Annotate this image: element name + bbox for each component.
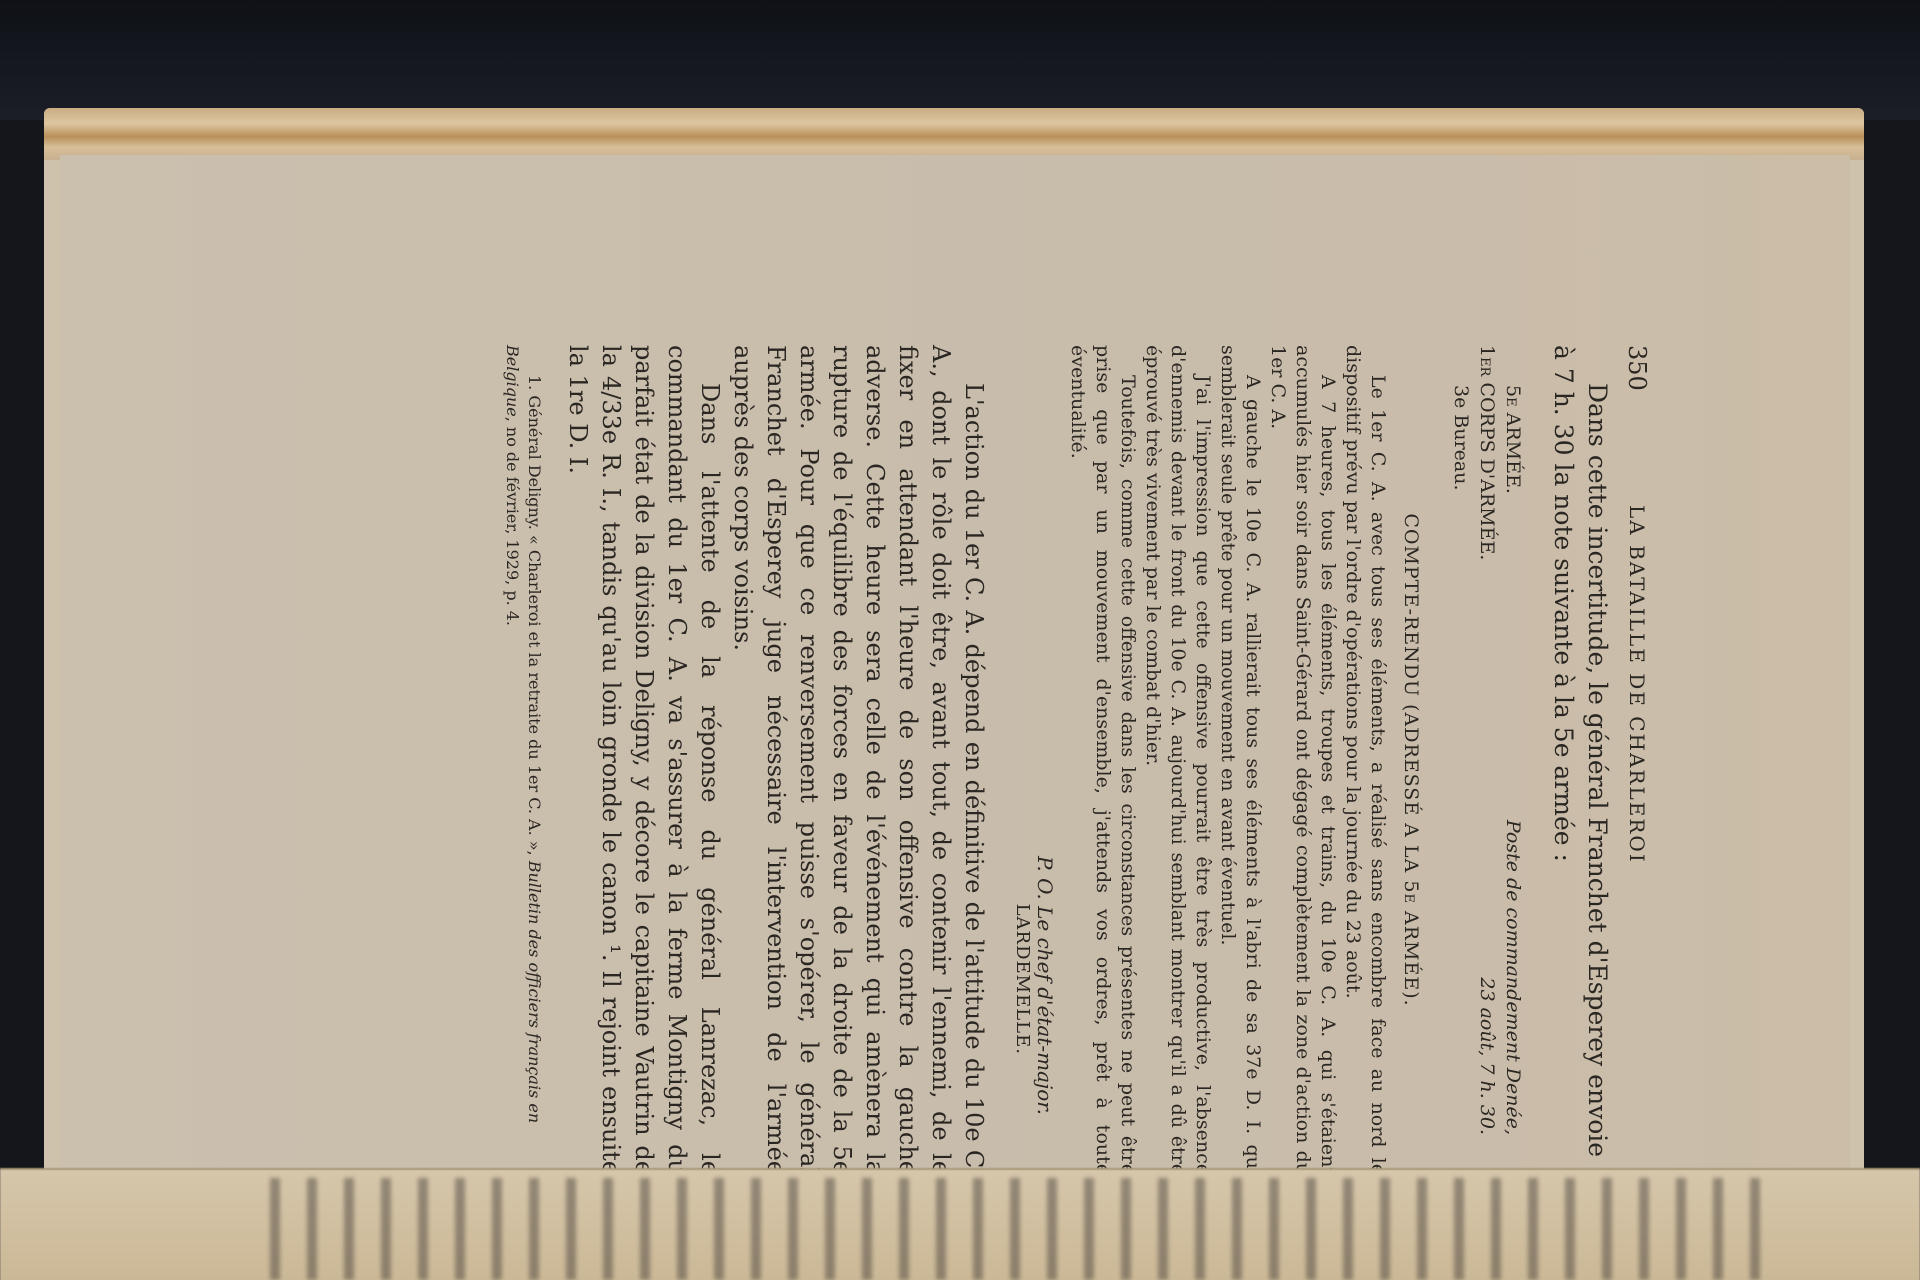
body-paragraph: L'action du 1er C. A. dépend en définiti… (726, 345, 990, 1175)
header-corps: 1er CORPS D'ARMÉE. (1474, 345, 1500, 560)
signature-title: P. O. Le chef d'état-major. (1033, 345, 1057, 1175)
page-edges (44, 108, 1864, 160)
page-text: 350 LA BATAILLE DE CHARLEROI Dans cette … (260, 345, 1660, 1175)
report-paragraph: Toutefois, comme cette offensive dans le… (1065, 345, 1140, 1175)
footnote-tail: , no de février, 1929, p. 4. (503, 417, 522, 626)
background-dark (0, 0, 1920, 120)
report-paragraph: J'ai l'impression que cette offensive po… (1140, 345, 1215, 1175)
page-number: 350 (1623, 345, 1651, 465)
intro-paragraph: Dans cette incertitude, le général Franc… (1546, 345, 1614, 1175)
footnote-text: Général Deligny. « Charleroi et la retra… (525, 395, 544, 860)
body-paragraph: Dans l'attente de la réponse du général … (561, 345, 726, 1175)
signature-name: LARDEMELLE. (1012, 345, 1033, 1175)
report-paragraph: A 7 heures, tous les éléments, troupes e… (1265, 345, 1340, 1175)
running-head: 350 LA BATAILLE DE CHARLEROI (1614, 345, 1660, 1175)
footnote-marker: 1. (525, 375, 544, 390)
header-place: Poste de commandement Denée, (1500, 820, 1526, 1135)
footnote: 1. Général Deligny. « Charleroi et la re… (501, 345, 545, 1175)
facing-page-blurred-text (270, 1178, 1770, 1280)
header-bureau: 3e Bureau. (1448, 345, 1474, 560)
header-army: 5e ARMÉE. (1500, 345, 1526, 560)
document-header: 5e ARMÉE. 1er CORPS D'ARMÉE. 3e Bureau. … (1436, 345, 1526, 1175)
report-paragraph: A gauche le 10e C. A. rallierait tous se… (1215, 345, 1265, 1175)
running-title: LA BATAILLE DE CHARLEROI (1625, 505, 1649, 864)
header-date: 23 août, 7 h. 30. (1474, 820, 1500, 1135)
section-title: COMPTE-RENDU (ADRESSÉ A LA 5e ARMÉE). (1400, 345, 1422, 1175)
report-paragraph: Le 1er C. A. avec tous ses éléments, a r… (1340, 345, 1390, 1175)
